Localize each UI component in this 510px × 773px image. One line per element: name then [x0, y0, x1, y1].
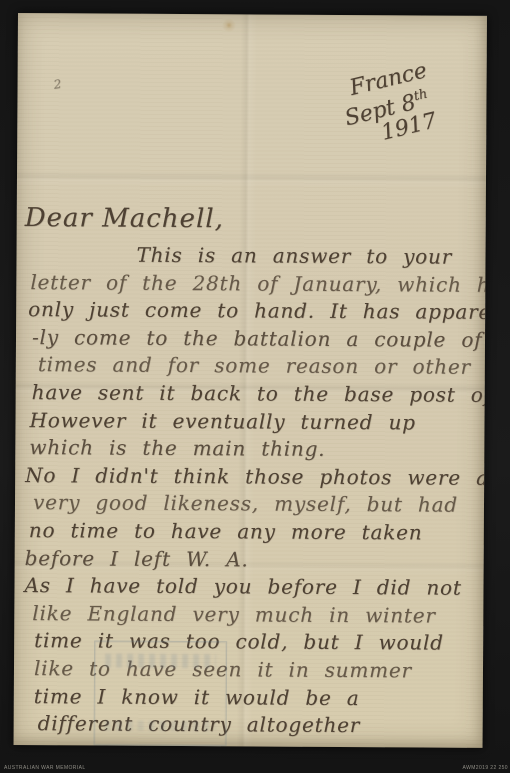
date-block: France Sept 8th 1917 [332, 59, 441, 154]
letter-line: like England very much in winter [32, 600, 477, 630]
letter-body: This is an answer to your letter of the … [22, 241, 480, 740]
letter-line: no time to have any more taken [29, 517, 478, 547]
archive-label: AUSTRALIAN WAR MEMORIAL [4, 765, 86, 771]
letter-line: This is an answer to your [136, 242, 479, 272]
letter-line: However it eventually turned up [29, 407, 478, 437]
stamp-ghost-impression [94, 640, 228, 746]
letter-line: only just come to hand. It has apparent [28, 296, 479, 326]
catalog-number: AWM2019 22 250 [463, 765, 508, 771]
letter-line: very good likeness, myself, but had [33, 489, 478, 519]
letter-line: before I left W. A. [25, 545, 478, 575]
letter-line: No I didn't think those photos were a [25, 462, 478, 492]
page-number-pencil-mark: 2 [53, 77, 62, 92]
letter-line: letter of the 28th of January, which has [30, 269, 479, 299]
letter-line: As I have told you before I did not [24, 572, 477, 602]
letter-line: times and for some reason or other they [38, 352, 479, 382]
letter-paper: 2 France Sept 8th 1917 Dear Machell, Thi… [14, 13, 487, 748]
letter-line: -ly come to the battalion a couple of [32, 324, 479, 354]
date-ordinal-suffix: th [412, 87, 429, 105]
letter-line: which is the main thing. [29, 434, 478, 464]
letter-line: have sent it back to the base post offic… [32, 379, 479, 409]
stamp-ghost-text-smudge [105, 654, 216, 669]
stamp-ghost-text-smudge [105, 721, 216, 732]
scanned-letter-page: 2 France Sept 8th 1917 Dear Machell, Thi… [0, 0, 510, 773]
salutation: Dear Machell, [25, 203, 224, 234]
